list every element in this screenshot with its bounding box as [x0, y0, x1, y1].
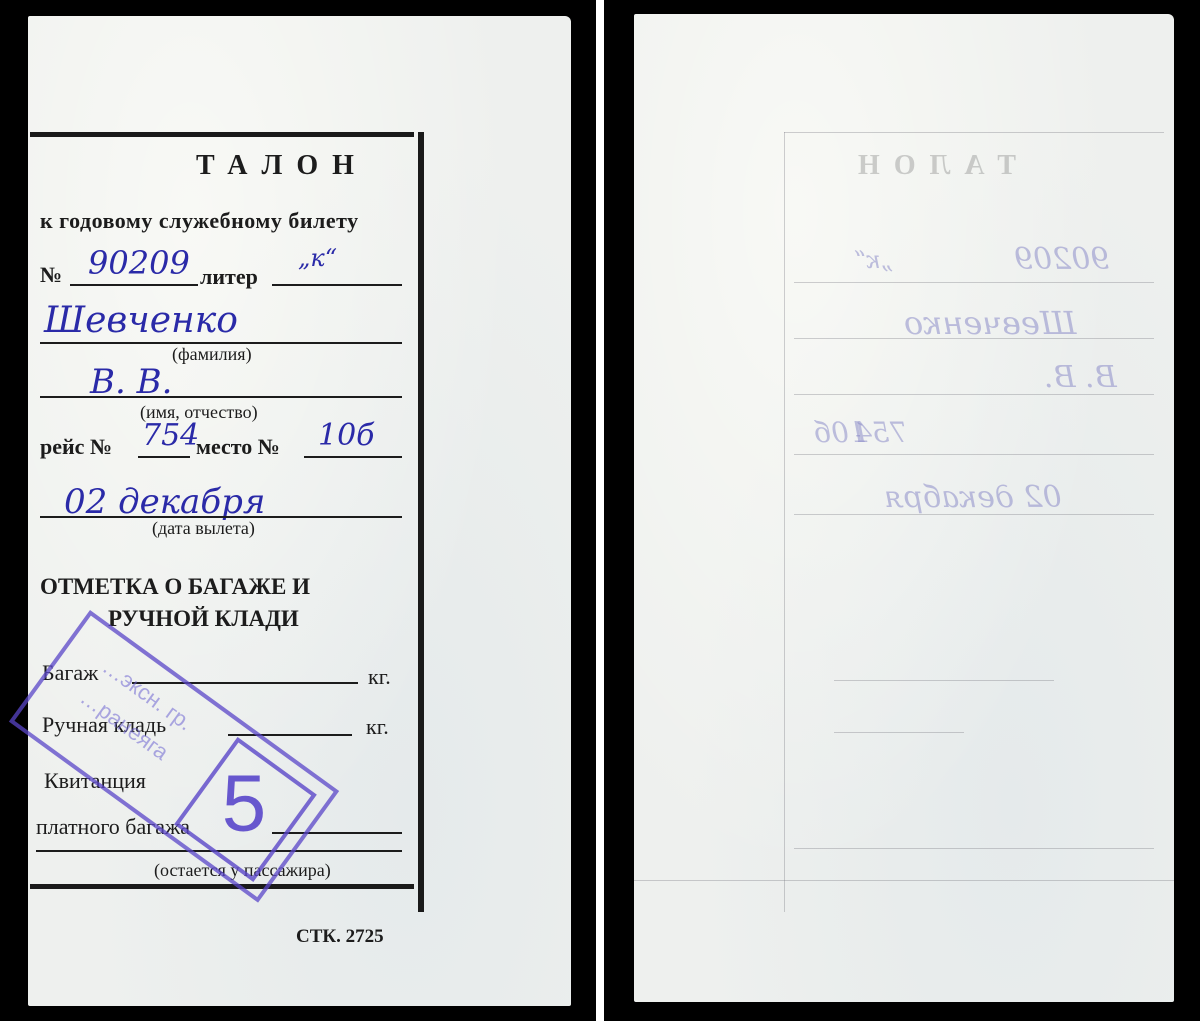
stamp-number: 5: [222, 757, 267, 849]
mirrored-title: ТАЛОН: [844, 150, 1016, 182]
ticket-back: ТАЛОН 90209 „к“ Шевченко В. В. 754 10б 0…: [634, 14, 1174, 1002]
baggage-stamp: …эксн. гр. …ранеяга 5: [9, 610, 339, 903]
hand-luggage-unit: кг.: [366, 714, 389, 740]
ticket-title: ТАЛОН: [196, 150, 368, 182]
frame-top-border: [30, 132, 414, 137]
bleed-line: [834, 732, 964, 733]
seat-label: место №: [196, 434, 280, 460]
number-value: 90209: [88, 244, 190, 282]
liter-field-line: [272, 284, 402, 286]
seat-value: 10б: [318, 418, 374, 453]
bleed-frame-line: [784, 132, 785, 912]
frame-bottom-border: [30, 884, 414, 889]
mirrored-initials: В. В.: [1044, 360, 1117, 395]
ticket-subtitle: к годовому служебному билету: [40, 208, 359, 234]
bleed-frame-top: [784, 132, 1164, 133]
form-code: СТК. 2725: [296, 926, 384, 948]
liter-value: „к“: [298, 244, 337, 272]
bleed-line: [634, 880, 1174, 881]
bleed-line: [794, 848, 1154, 849]
surname-value: Шевченко: [44, 300, 238, 341]
surname-caption: (фамилия): [172, 344, 252, 365]
date-caption: (дата вылета): [152, 518, 255, 539]
baggage-unit: кг.: [368, 664, 391, 690]
flight-field-line: [138, 456, 190, 458]
bleed-line: [794, 338, 1154, 339]
initials-field-line: [40, 396, 402, 398]
number-field-line: [70, 284, 198, 286]
number-label: №: [40, 262, 62, 288]
bleed-line: [794, 394, 1154, 395]
bleed-line: [834, 680, 1054, 681]
flight-value: 754: [142, 418, 199, 453]
mirrored-liter: „к“: [854, 246, 893, 274]
mirrored-surname: Шевченко: [904, 304, 1076, 342]
mirrored-date: 02 декабря: [884, 480, 1062, 515]
bleed-line: [794, 282, 1154, 283]
mirrored-number: 90209: [1014, 242, 1109, 277]
bleed-line: [794, 514, 1154, 515]
bleed-line: [794, 454, 1154, 455]
image-divider: [596, 0, 604, 1021]
ticket-front: ТАЛОН к годовому служебному билету № 902…: [28, 16, 571, 1006]
flight-label: рейс №: [40, 434, 112, 460]
liter-label: литер: [200, 264, 258, 290]
baggage-section-title-2: РУЧНОЙ КЛАДИ: [108, 606, 299, 632]
baggage-section-title-1: ОТМЕТКА О БАГАЖЕ И: [40, 574, 310, 600]
frame-right-border: [418, 132, 424, 912]
seat-field-line: [304, 456, 402, 458]
mirrored-seat: 10б: [814, 416, 867, 449]
